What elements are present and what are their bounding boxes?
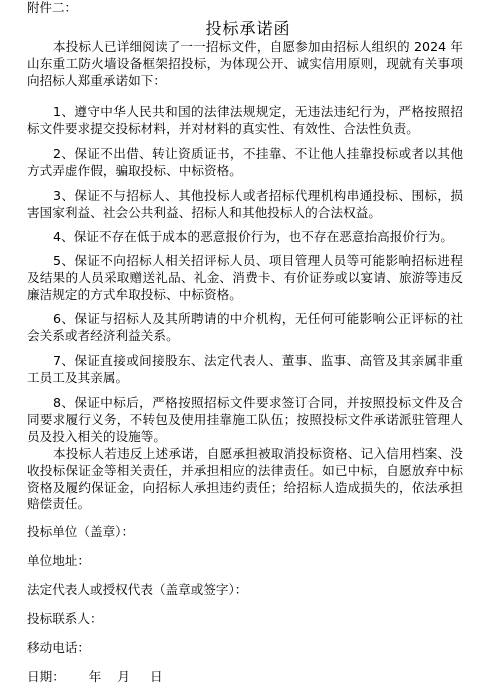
intro-paragraph: 本投标人已详细阅读了一一招标文件，自愿参加由招标人组织的 2024 年山东重工防… <box>27 39 463 89</box>
commitment-3: 3、保证不与招标人、其他投标人或者招标代理机构串通投标、围标，损害国家利益、社会… <box>27 188 463 222</box>
attachment-label: 附件二： <box>27 0 77 16</box>
commitment-8: 8、保证中标后，严格按照招标文件要求签订合同，并按照投标文件及合同要求履行义务，… <box>27 395 463 445</box>
field-mobile-phone: 移动电话： <box>27 640 90 656</box>
commitment-5: 5、保证不向招标人相关招评标人员、项目管理人员等可能影响招标进程及结果的人员采取… <box>27 253 463 303</box>
commitment-7: 7、保证直接或间接股东、法定代表人、董事、监事、高管及其亲属非重工员工及其亲属。 <box>27 353 463 387</box>
field-company-address: 单位地址： <box>27 553 90 569</box>
commitment-1: 1、遵守中华人民共和国的法律法规规定，无违法违纪行为，严格按照招标文件要求提交投… <box>27 104 463 138</box>
field-company-seal: 投标单位（盖章）： <box>27 524 134 540</box>
commitment-2: 2、保证不出借、转让资质证书，不挂靠、不让他人挂靠投标或者以其他方式弄虚作假，骗… <box>27 146 463 180</box>
commitment-6: 6、保证与招标人及其所聘请的中介机构，无任何可能影响公正评标的社会关系或者经济利… <box>27 311 463 345</box>
commitment-4: 4、保证不存在低于成本的恶意报价行为，也不存在恶意抬高报价行为。 <box>27 229 463 246</box>
document-title: 投标承诺函 <box>0 19 496 39</box>
field-legal-representative: 法定代表人或授权代表（盖章或签字）： <box>27 582 247 598</box>
closing-paragraph: 本投标人若违反上述承诺，自愿承担被取消投标资格、记入信用档案、没收投标保证金等相… <box>27 446 463 513</box>
field-contact-person: 投标联系人： <box>27 611 103 627</box>
field-date: 日期： 年 月 日 <box>27 669 163 685</box>
